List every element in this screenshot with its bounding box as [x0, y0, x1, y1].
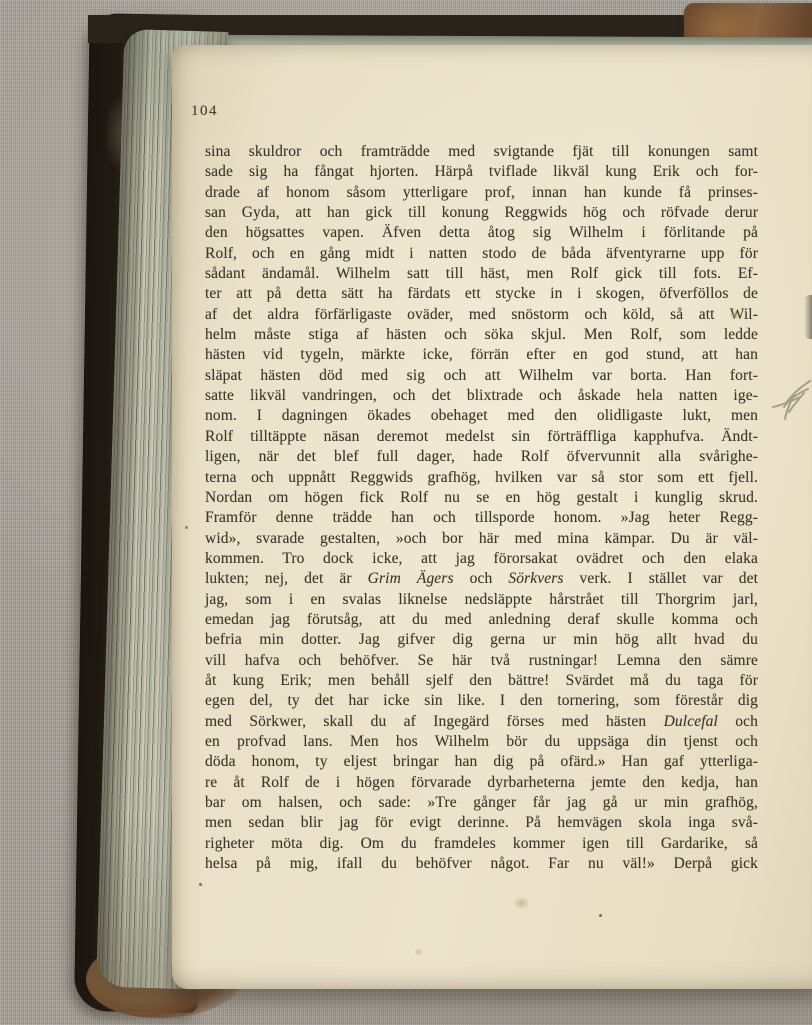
text-line: Rolf, och en gång midt i natten stodo de… — [205, 244, 758, 264]
text-line: drade af honom såsom ytterligare prof, i… — [205, 183, 758, 203]
text-line: Rolf tilltäppte näsan deremot medelst si… — [205, 427, 758, 447]
page-number: 104 — [191, 103, 218, 120]
text-line: emedan jag förutsåg, att du med anlednin… — [205, 610, 758, 630]
text-line: hästen vid tygeln, märkte icke, förrän e… — [205, 345, 758, 365]
text-line: sade sig ha fångat hjorten. Härpå tvifla… — [205, 162, 758, 182]
ink-speck — [185, 526, 188, 529]
text-line: döda honom, ty eljest bringar han dig på… — [205, 752, 758, 772]
text-line: af det aldra förfärligaste oväder, med s… — [205, 305, 758, 325]
text-line: jag, som i en svalas liknelse nedsläppte… — [205, 590, 758, 610]
text-line: Framför denne trädde han och tillsporde … — [205, 508, 758, 528]
text-line: bar om halsen, och sade: »Tre gånger får… — [205, 793, 758, 813]
photo-of-open-book: 104 sina skuldror och framträdde med svi… — [0, 0, 812, 1025]
text-line: righeter möta dig. Om du framdeles komme… — [205, 834, 758, 854]
text-line: sina skuldror och framträdde med svigtan… — [205, 142, 758, 162]
ink-speck — [199, 883, 202, 886]
text-line: ter att på detta sätt ha färdats ett sty… — [205, 284, 758, 304]
text-line: åt kung Erik; men behåll sjelf den bättr… — [205, 671, 758, 691]
photo-edge-shadow — [804, 295, 812, 339]
text-line: helsa på mig, ifall du behöfver något. F… — [205, 854, 758, 874]
text-line: med Sörkwer, skall du af Ingegärd förses… — [205, 712, 758, 732]
text-block: sina skuldror och framträdde med svigtan… — [205, 142, 758, 874]
text-line: terna och uppnått Reggwids grafhög, hvil… — [205, 468, 758, 488]
text-line: re åt Rolf de i högen förvarade dyrbarhe… — [205, 773, 758, 793]
stain — [729, 310, 741, 320]
text-line: ligen, när det blef full dager, hade Rol… — [205, 447, 758, 467]
text-line: Nordan om högen fick Rolf nu se en hög g… — [205, 488, 758, 508]
text-line: men sedan blir jag för evigt derinne. På… — [205, 813, 758, 833]
pressed-plant-mark — [763, 372, 812, 430]
book-page: 104 sina skuldror och framträdde med svi… — [172, 45, 812, 989]
text-line: san Gyda, att han gick till konung Reggw… — [205, 203, 758, 223]
text-line: en profvad lans. Men hos Wilhelm bör du … — [205, 732, 758, 752]
text-line: befria min dotter. Jag gifver dig gerna … — [205, 630, 758, 650]
text-line: helm måste stiga af hästen och söka skju… — [205, 325, 758, 345]
text-line: vill hafva och behöfver. Se här två rust… — [205, 651, 758, 671]
text-line: egen del, ty det har icke sin like. I de… — [205, 691, 758, 711]
text-line: kommen. Tro dock icke, att jag förorsaka… — [205, 549, 758, 569]
stain — [513, 896, 530, 910]
text-line: satte likväl vandringen, och det blixtra… — [205, 386, 758, 406]
text-line: sådant ändamål. Wilhelm satt till häst, … — [205, 264, 758, 284]
text-line: den högsattes vapen. Äfven detta åtog si… — [205, 223, 758, 243]
text-line: wid», svarade gestalten, »och bor här me… — [205, 529, 758, 549]
stain — [414, 948, 423, 956]
text-line: nom. I dagningen ökades obehaget med den… — [205, 406, 758, 426]
ink-speck — [599, 914, 602, 917]
text-line: lukten; nej, det är Grim Ägers och Sörkv… — [205, 569, 758, 589]
text-line: släpat hästen död med sig och att Wilhel… — [205, 366, 758, 386]
